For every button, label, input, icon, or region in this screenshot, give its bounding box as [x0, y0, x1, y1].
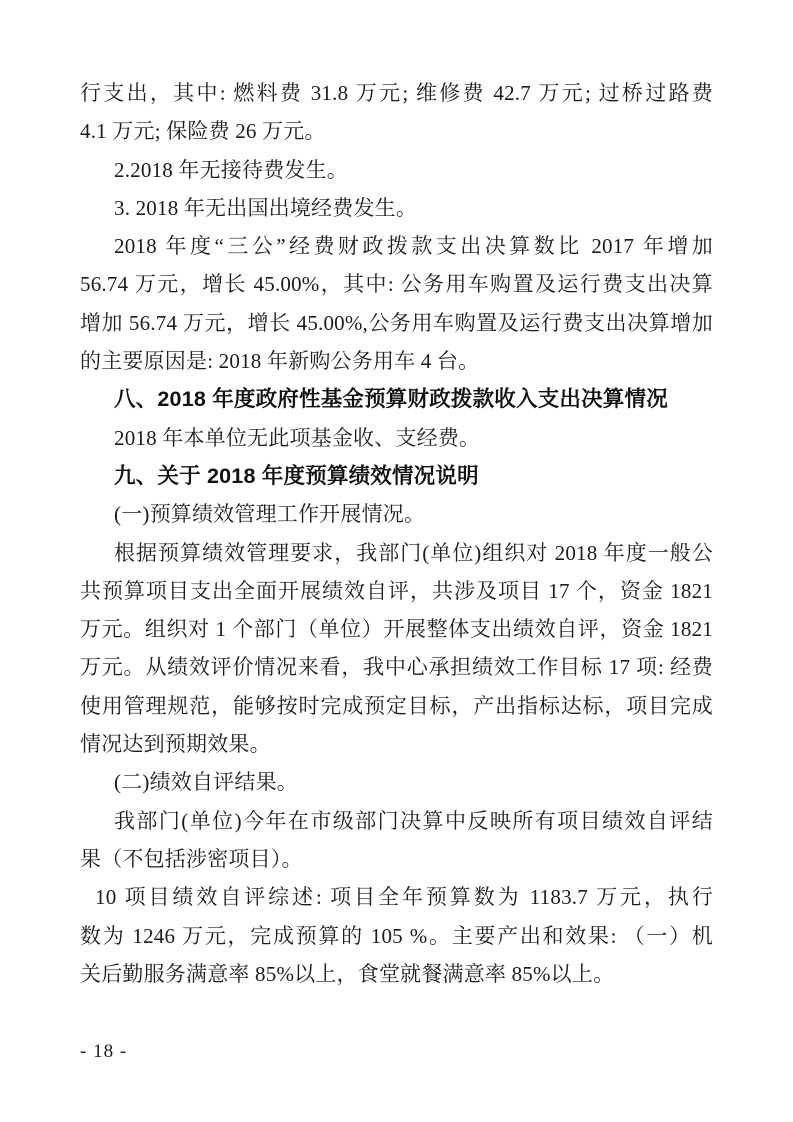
- paragraph: 2018 年本单位无此项基金收、支经费。: [80, 419, 713, 457]
- paragraph: 2018 年度“三公”经费财政拨款支出决算数比 2017 年增加56.74 万元…: [80, 227, 713, 380]
- text-line: 八、2018 年度政府性基金预算财政拨款收入支出决算情况: [80, 380, 713, 418]
- paragraph: 2.2018 年无接待费发生。: [80, 151, 713, 189]
- text-line: 增加 56.74 万元，增长 45.00%,公务用车购置及运行费支出决算增加: [80, 304, 713, 342]
- text-line: 九、关于 2018 年度预算绩效情况说明: [80, 457, 713, 495]
- text-line: 的主要原因是: 2018 年新购公务用车 4 台。: [80, 342, 713, 380]
- text-line: 关后勤服务满意率 85%以上，食堂就餐满意率 85%以上。: [80, 955, 713, 993]
- text-line: 情况达到预期效果。: [80, 725, 713, 763]
- text-line: (一)预算绩效管理工作开展情况。: [80, 495, 713, 533]
- section-heading: 八、2018 年度政府性基金预算财政拨款收入支出决算情况: [80, 380, 713, 418]
- paragraph: (一)预算绩效管理工作开展情况。: [80, 495, 713, 533]
- text-line: 2018 年度“三公”经费财政拨款支出决算数比 2017 年增加: [80, 227, 713, 265]
- text-line: 使用管理规范，能够按时完成预定目标，产出指标达标，项目完成: [80, 687, 713, 725]
- text-line: 万元。组织对 1 个部门（单位）开展整体支出绩效自评，资金 1821: [80, 610, 713, 648]
- text-line: 果（不包括涉密项目）。: [80, 840, 713, 878]
- document-page: 行支出，其中: 燃料费 31.8 万元; 维修费 42.7 万元; 过桥过路费4…: [0, 0, 793, 1122]
- text-line: 万元。从绩效评价情况来看，我中心承担绩效工作目标 17 项: 经费: [80, 648, 713, 686]
- document-body: 行支出，其中: 燃料费 31.8 万元; 维修费 42.7 万元; 过桥过路费4…: [80, 74, 713, 993]
- text-line: (二)绩效自评结果。: [80, 763, 713, 801]
- text-line: 2.2018 年无接待费发生。: [80, 151, 713, 189]
- text-line: 56.74 万元，增长 45.00%，其中: 公务用车购置及运行费支出决算: [80, 265, 713, 303]
- text-line: 根据预算绩效管理要求，我部门(单位)组织对 2018 年度一般公: [80, 534, 713, 572]
- text-line: 行支出，其中: 燃料费 31.8 万元; 维修费 42.7 万元; 过桥过路费: [80, 74, 713, 112]
- paragraph: 我部门(单位)今年在市级部门决算中反映所有项目绩效自评结果（不包括涉密项目）。: [80, 802, 713, 879]
- page-footer: - 18 -: [80, 1040, 127, 1064]
- paragraph: (二)绩效自评结果。: [80, 763, 713, 801]
- page-number: - 18 -: [80, 1041, 127, 1062]
- text-line: 我部门(单位)今年在市级部门决算中反映所有项目绩效自评结: [80, 802, 713, 840]
- text-line: 共预算项目支出全面开展绩效自评，共涉及项目 17 个，资金 1821: [80, 572, 713, 610]
- text-line: 2018 年本单位无此项基金收、支经费。: [80, 419, 713, 457]
- text-line: 10 项目绩效自评综述: 项目全年预算数为 1183.7 万元，执行: [80, 878, 713, 916]
- paragraph: 3. 2018 年无出国出境经费发生。: [80, 189, 713, 227]
- paragraph: 10 项目绩效自评综述: 项目全年预算数为 1183.7 万元，执行数为 124…: [80, 878, 713, 993]
- text-line: 3. 2018 年无出国出境经费发生。: [80, 189, 713, 227]
- section-heading: 九、关于 2018 年度预算绩效情况说明: [80, 457, 713, 495]
- paragraph: 行支出，其中: 燃料费 31.8 万元; 维修费 42.7 万元; 过桥过路费4…: [80, 74, 713, 151]
- text-line: 4.1 万元; 保险费 26 万元。: [80, 112, 713, 150]
- text-line: 数为 1246 万元，完成预算的 105 %。主要产出和效果: （一）机: [80, 917, 713, 955]
- paragraph: 根据预算绩效管理要求，我部门(单位)组织对 2018 年度一般公共预算项目支出全…: [80, 534, 713, 764]
